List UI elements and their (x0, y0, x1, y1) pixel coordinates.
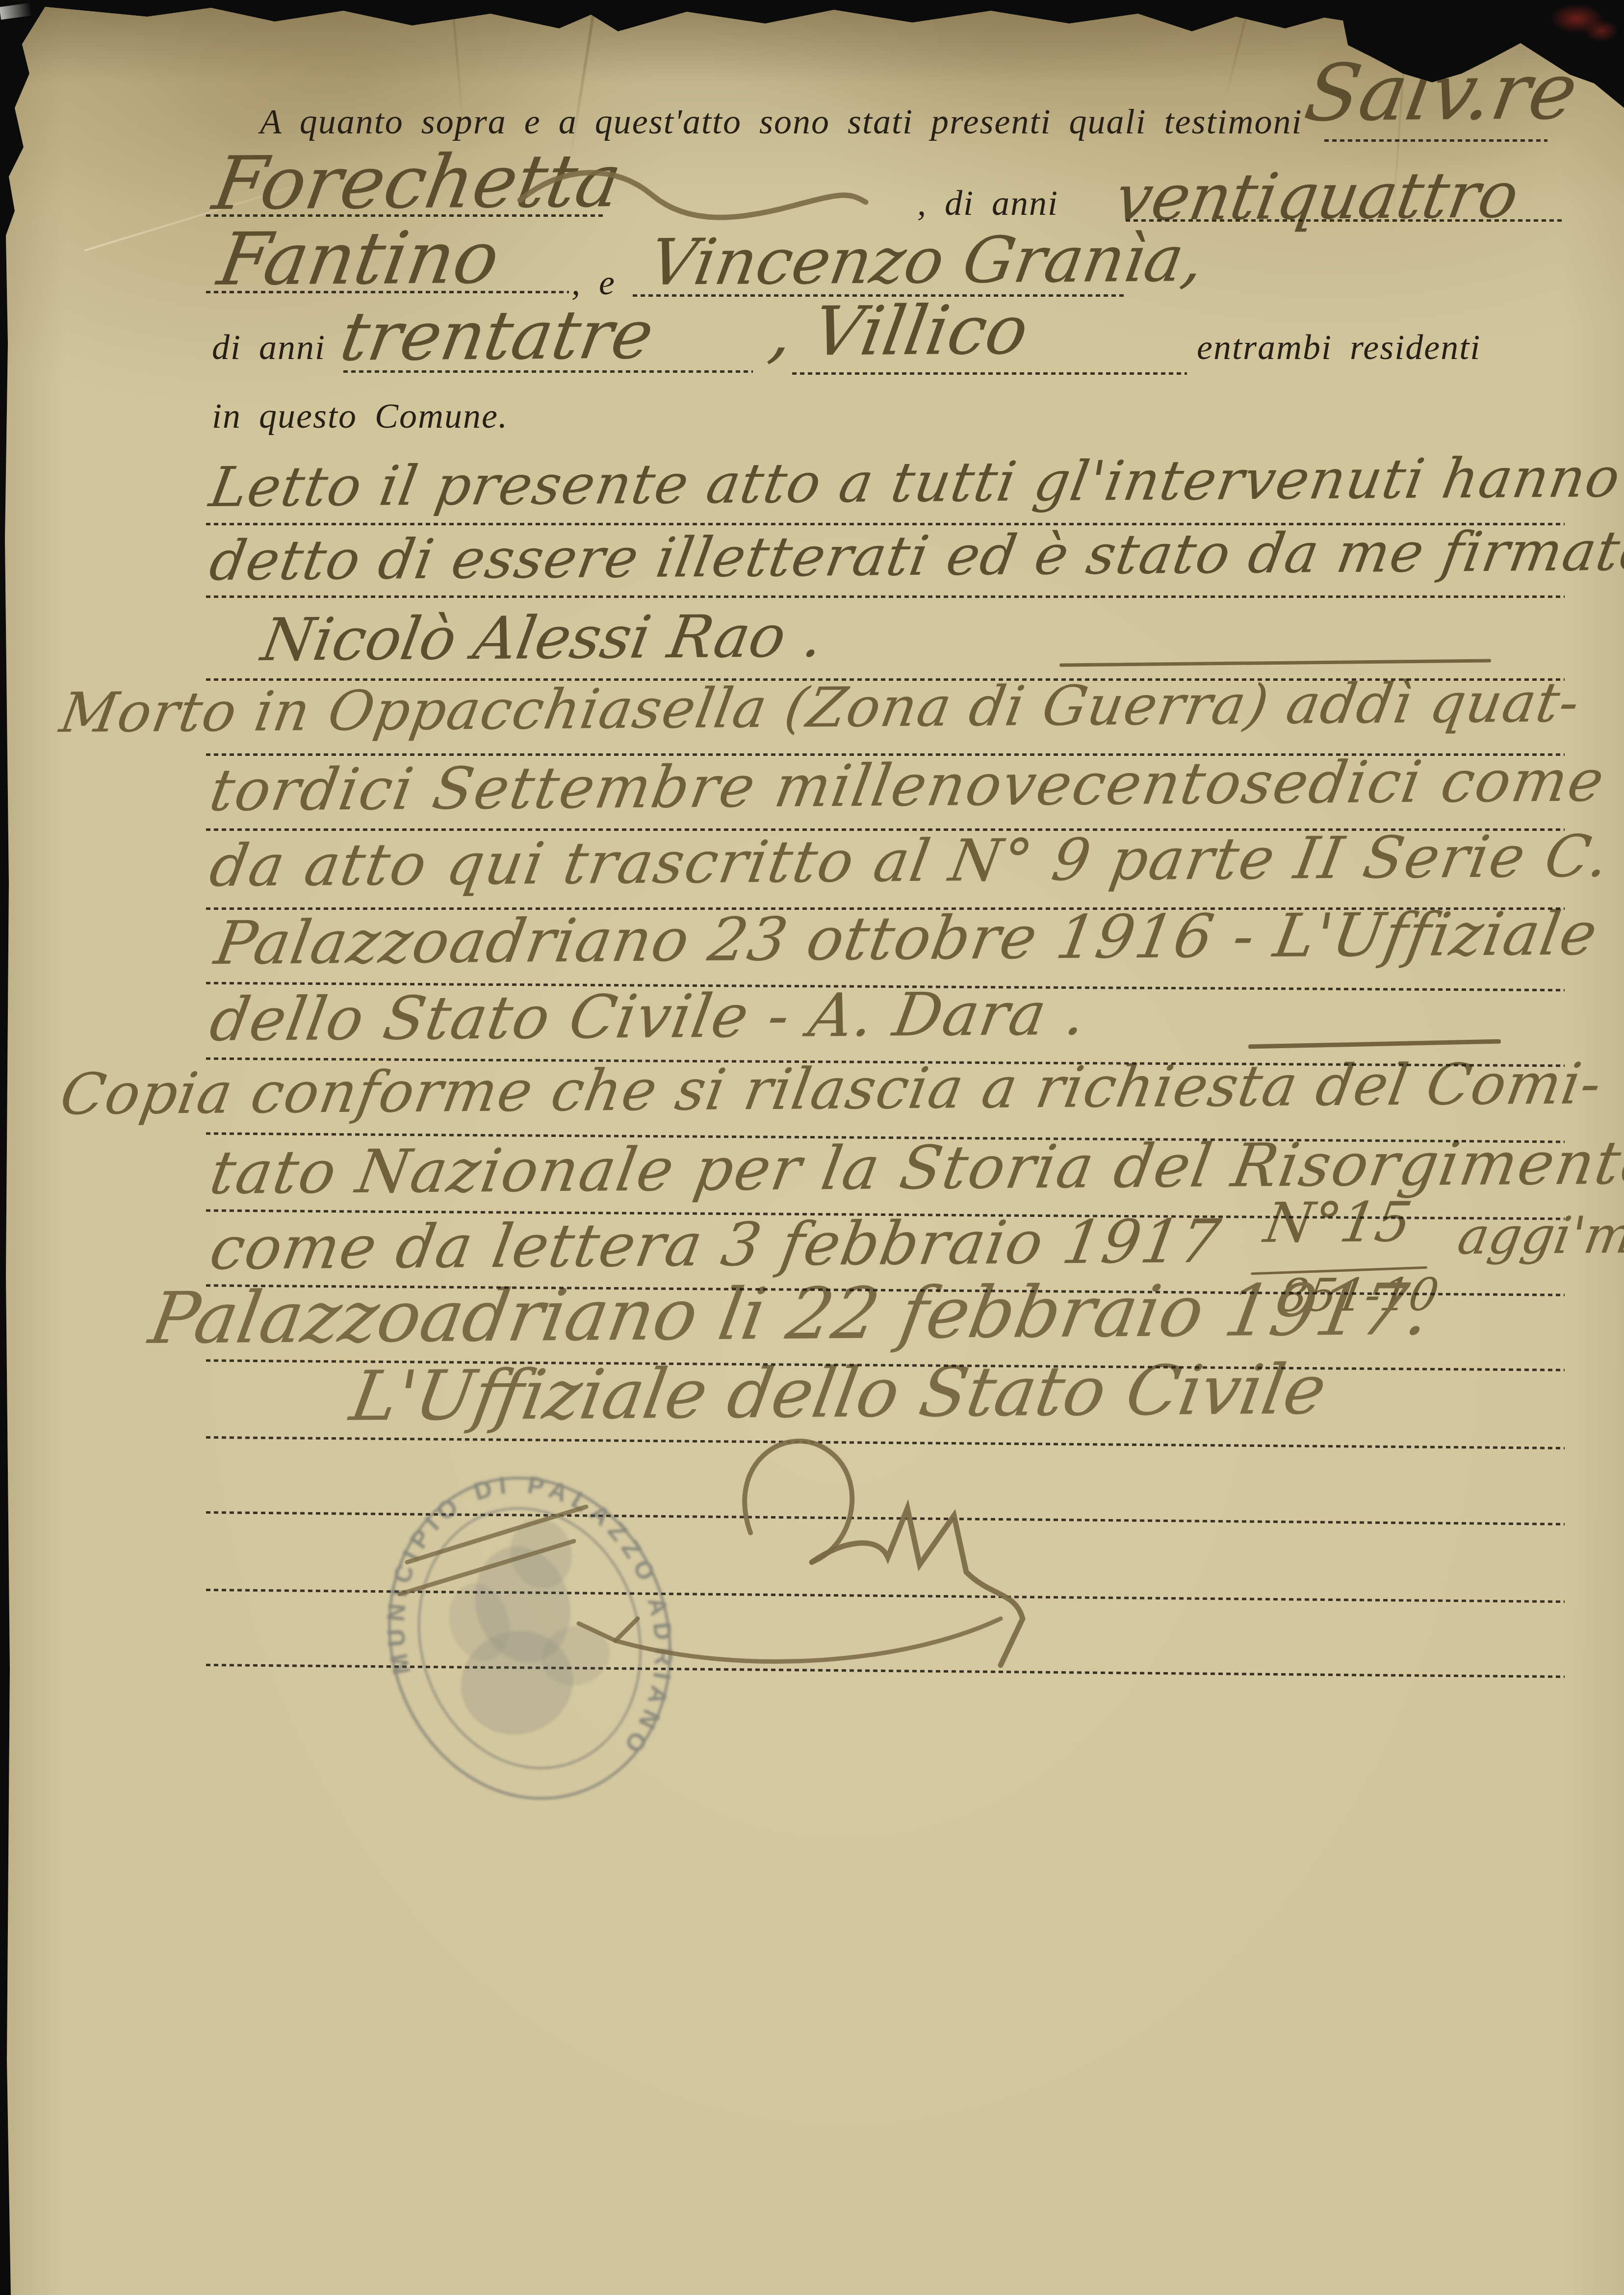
scanned-document-page: A quanto sopra e a quest'atto sono stati… (0, 0, 1624, 2295)
ruling-body-13 (206, 1436, 1565, 1449)
printed-entrambi-residenti: entrambi residenti (1197, 330, 1481, 365)
ruling-witness1-surname (206, 214, 603, 217)
printed-di-anni-2: di anni (212, 330, 326, 365)
red-tape-mark-2 (1584, 20, 1619, 42)
hand-witness2-name: Vincenzo Granìa, (645, 227, 1209, 294)
printed-witness-clause: A quanto sopra e a quest'atto sono stati… (260, 104, 1302, 139)
paper-sheet: A quanto sopra e a quest'atto sono stati… (0, 0, 1624, 2295)
hand-witness2-age: trentatre (336, 301, 658, 371)
hand-line-detto: detto di essere illetterati ed è stato d… (206, 523, 1624, 589)
ink-dash-after-rao (1059, 659, 1491, 667)
ruling-witness2-name (633, 294, 1126, 297)
hand-line-morto: Morto in Oppacchiasella (Zona di Guerra)… (56, 675, 1584, 741)
red-tape-mark (1550, 4, 1604, 33)
printed-e-conjunction: , e (571, 265, 616, 300)
ruling-witness1-job (206, 291, 569, 293)
signature-flourish (400, 1441, 1023, 1665)
hand-witness1-firstname: Salv.re (1300, 52, 1583, 132)
hand-line-palazzoadriano-1916: Palazzoadriano 23 ottobre 1916 - L'Uffiz… (211, 903, 1602, 973)
hand-witness1-surname: Forechetta (208, 144, 626, 221)
hand-witness2-profession: , Villico (765, 296, 1033, 366)
hand-line-da-atto: da atto qui trascritto al N° 9 parte II … (206, 827, 1614, 895)
ruling-body-4 (206, 753, 1565, 756)
ruling-body-3 (206, 678, 1565, 681)
ruling-body-5 (206, 828, 1565, 831)
stamp-arc-text: MUNICIPIO DI PALAZZO ADRIANO (342, 1435, 711, 1822)
hand-protocol-number: N°15 (1261, 1195, 1416, 1251)
crease-line-3 (1224, 1, 1251, 102)
ruling-body-6 (206, 907, 1565, 910)
ruling-witness1-age (1126, 219, 1562, 222)
ruling-witness2-job (792, 372, 1187, 375)
municipal-stamp: MUNICIPIO DI PALAZZO ADRIANO (342, 1435, 715, 1834)
hand-line-letto: Letto il presente atto a tutti gl'interv… (206, 450, 1624, 515)
ruling-empty-3 (206, 1664, 1565, 1678)
stamp-eagle-crest (420, 1509, 625, 1748)
ruling-empty-1 (206, 1511, 1565, 1525)
ruling-witness2-age (343, 370, 753, 373)
hand-line-tordici: tordici Settembre millenovecentosedici c… (206, 751, 1609, 819)
hand-line-dello-stato-dara: dello Stato Civile - A. Dara . (206, 984, 1091, 1050)
printed-di-anni-1: , di anni (917, 185, 1058, 221)
printed-in-questo-comune: in questo Comune. (212, 398, 508, 434)
ruling-empty-2 (206, 1589, 1565, 1603)
ink-dash-after-dara (1248, 1039, 1501, 1049)
ruling-body-1 (206, 523, 1565, 525)
hand-line-come-da-lettera: come da lettera 3 febbraio 1917 (206, 1212, 1225, 1278)
scanner-glint (0, 3, 32, 20)
hand-witness1-profession: Fantino (213, 221, 504, 296)
ruling-witness1-first (1324, 139, 1547, 142)
hand-line-firma-nicolo: Nicolò Alessi Rao . (258, 607, 827, 670)
ruling-body-2 (206, 595, 1565, 598)
